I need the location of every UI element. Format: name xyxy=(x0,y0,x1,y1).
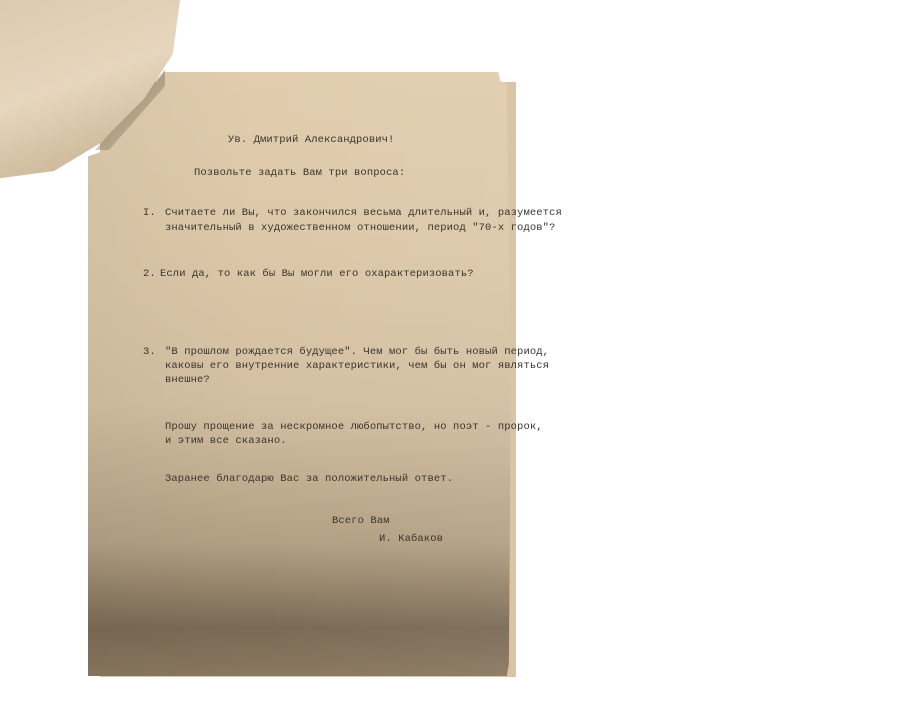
intro-line: Позвольте задать Вам три вопроса: xyxy=(194,167,405,179)
question-2-number: 2. xyxy=(143,268,156,280)
question-3-line-1: "В прошлом рождается будущее". Чем мог б… xyxy=(165,346,549,358)
apology-line-1: Прошу прощение за нескромное любопытство… xyxy=(165,421,543,433)
question-1-number: I. xyxy=(143,207,156,219)
question-3-line-3: внешне? xyxy=(165,374,210,386)
closing: Всего Вам xyxy=(332,515,390,527)
question-3-number: 3. xyxy=(143,346,156,358)
question-2-line-1: Если да, то как бы Вы могли его охаракте… xyxy=(160,268,474,280)
thanks-line: Заранее благодарю Вас за положительный о… xyxy=(165,473,453,485)
letter-page xyxy=(88,72,511,676)
question-1-line-1: Считаете ли Вы, что закончился весьма дл… xyxy=(165,207,562,219)
salutation: Ув. Дмитрий Александрович! xyxy=(228,134,394,146)
signature: И. Кабаков xyxy=(379,533,443,545)
question-1-line-2: значительный в художественном отношении,… xyxy=(165,222,555,234)
question-3-line-2: каковы его внутренние характеристики, че… xyxy=(165,360,549,372)
apology-line-2: и этим все сказано. xyxy=(165,435,287,447)
